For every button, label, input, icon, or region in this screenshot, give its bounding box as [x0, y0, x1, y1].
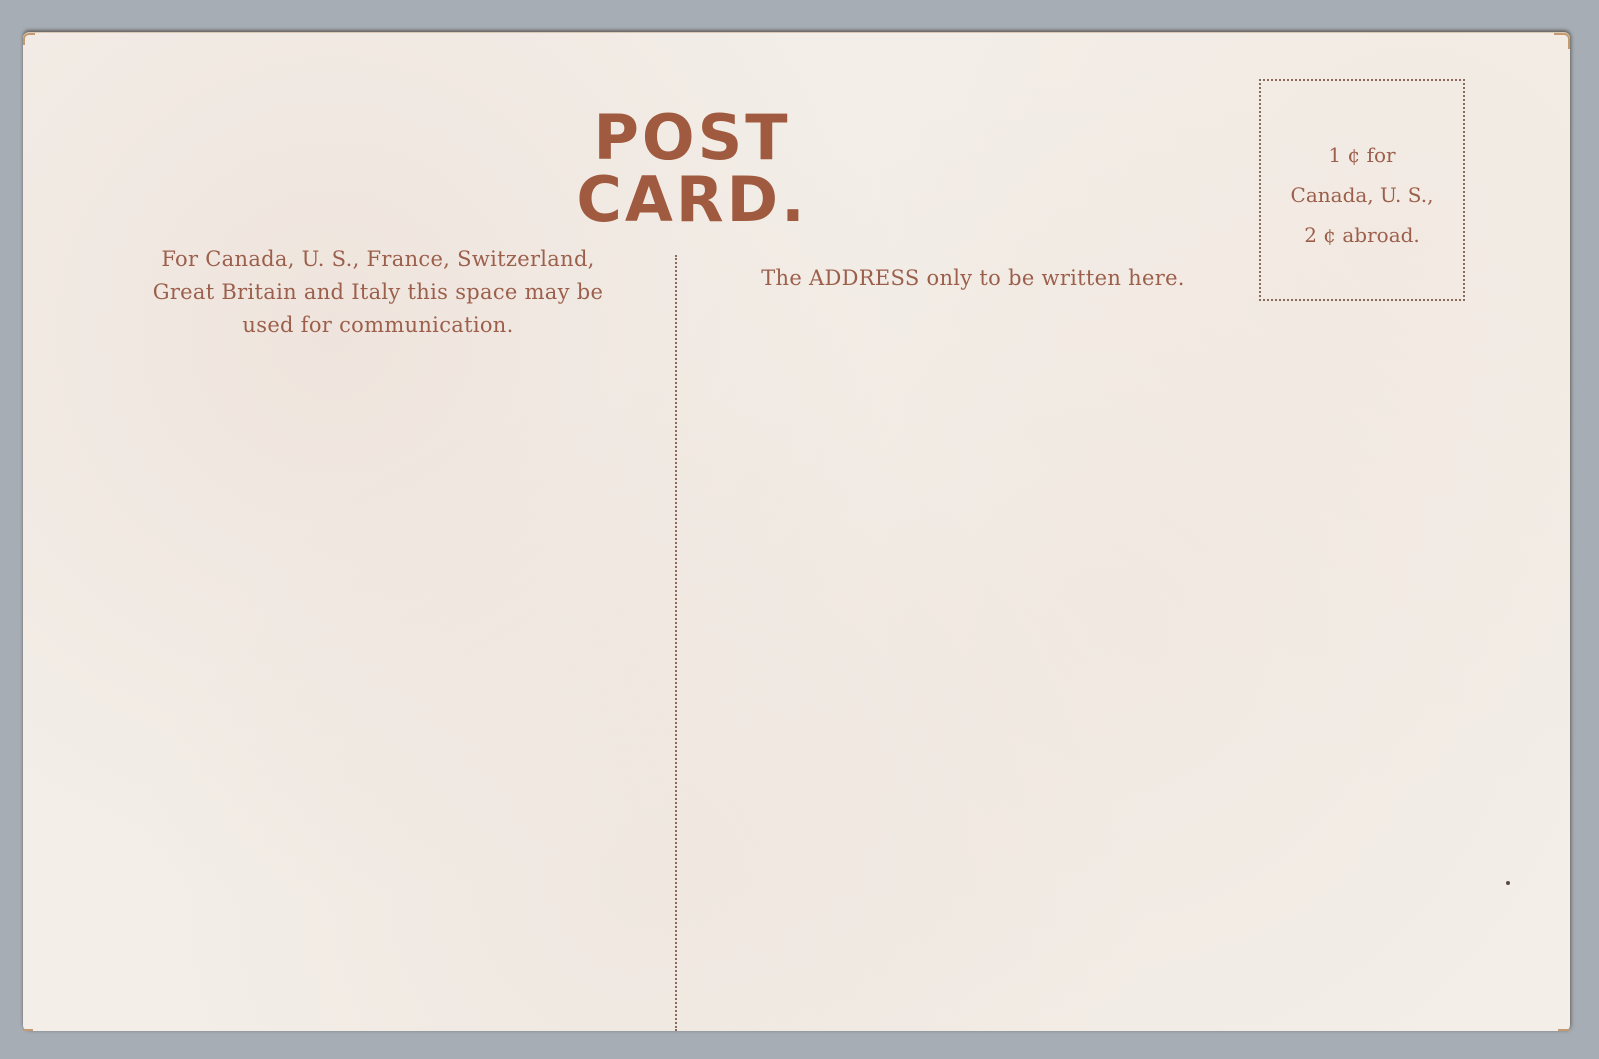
message-line: For Canada, U. S., France, Switzerland,	[103, 243, 653, 276]
postage-rate-text: 1 ¢ for Canada, U. S., 2 ¢ abroad.	[1261, 135, 1463, 255]
postage-line: 2 ¢ abroad.	[1261, 215, 1463, 255]
message-line: used for communication.	[103, 309, 653, 342]
dotted-divider	[675, 255, 677, 1031]
corner-wear	[1558, 1021, 1570, 1031]
corner-wear	[23, 33, 35, 45]
message-line: Great Britain and Italy this space may b…	[103, 276, 653, 309]
postage-line: 1 ¢ for	[1261, 135, 1463, 175]
corner-wear	[1554, 33, 1570, 49]
corner-wear	[23, 1021, 33, 1031]
postcard-title: POST CARD.	[467, 107, 917, 231]
address-area-note: The ADDRESS only to be written here.	[713, 263, 1233, 293]
message-area-note: For Canada, U. S., France, Switzerland, …	[103, 243, 653, 342]
postcard-back: POST CARD. For Canada, U. S., France, Sw…	[23, 32, 1570, 1031]
stamp-box: 1 ¢ for Canada, U. S., 2 ¢ abroad.	[1259, 79, 1465, 301]
postage-line: Canada, U. S.,	[1261, 175, 1463, 215]
paper-speck	[1506, 881, 1510, 885]
